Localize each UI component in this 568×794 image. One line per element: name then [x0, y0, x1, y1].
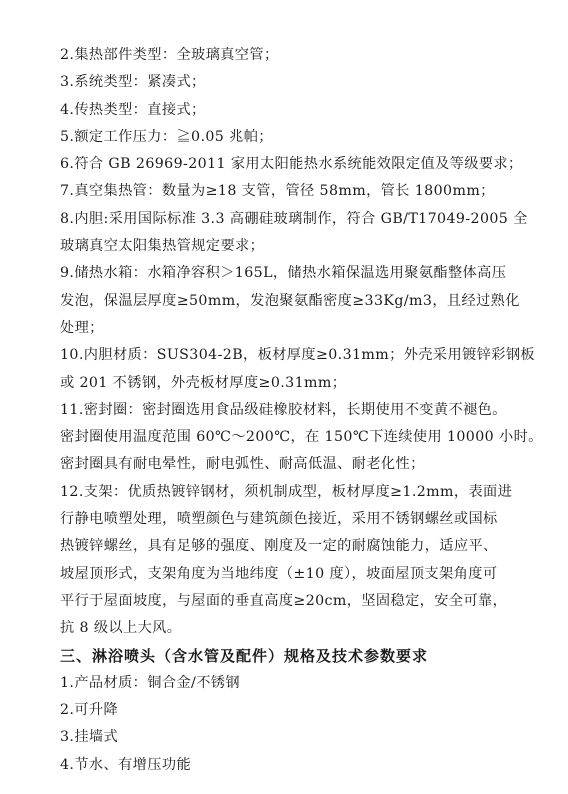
spec-item-storage-tank: 9.储热水箱：水箱净容积＞165L，储热水箱保温选用聚氨酯整体高压 [60, 260, 506, 287]
spec-item-seal-ring: 11.密封圈：密封圈选用食品级硅橡胶材料，长期使用不变黄不褪色。 [60, 397, 506, 424]
spec-item-inner-tube: 8.内胆:采用国际标准 3.3 高硼硅玻璃制作，符合 GB/T17049-200… [60, 206, 506, 233]
shower-item-wall-mount: 3.挂墙式 [60, 724, 506, 751]
section-heading: 三、淋浴喷头（含水管及配件）规格及技术参数要求 [60, 643, 506, 670]
spec-item-heat-transfer-type: 4.传热类型：直接式； [60, 97, 506, 124]
spec-item-working-pressure: 5.额定工作压力：≧0.05 兆帕； [60, 124, 506, 151]
spec-item-bracket-cont: 热镀锌螺丝，具有足够的强度、刚度及一定的耐腐蚀能力，适应平、 [60, 533, 506, 560]
spec-item-bracket-cont: 平行于屋面坡度，与屋面的垂直高度≥20cm，坚固稳定，安全可靠， [60, 588, 506, 615]
spec-item-standard-compliance: 6.符合 GB 26969-2011 家用太阳能热水系统能效限定值及等级要求； [60, 151, 506, 178]
spec-item-bracket-cont: 行静电喷塑处理，喷塑颜色与建筑颜色接近，采用不锈钢螺丝或国标 [60, 506, 506, 533]
spec-item-storage-tank-cont: 处理； [60, 315, 506, 342]
spec-item-seal-ring-cont: 密封圈具有耐电晕性，耐电弧性、耐高低温、耐老化性； [60, 451, 506, 478]
spec-item-liner-material: 10.内胆材质：SUS304-2B，板材厚度≥0.31mm；外壳采用镀锌彩钢板 [60, 342, 506, 369]
spec-item-vacuum-tubes: 7.真空集热管：数量为≥18 支管，管径 58mm，管长 1800mm； [60, 178, 506, 205]
spec-item-liner-material-cont: 或 201 不锈钢，外壳板材厚度≥0.31mm； [60, 370, 506, 397]
spec-item-system-type: 3.系统类型：紧凑式； [60, 69, 506, 96]
spec-item-seal-ring-cont: 密封圈使用温度范围 60℃～200℃，在 150℃下连续使用 10000 小时。 [60, 424, 506, 451]
spec-item-collector-type: 2.集热部件类型：全玻璃真空管； [60, 42, 506, 69]
spec-item-bracket-cont: 坡屋顶形式，支架角度为当地纬度（±10 度），坡面屋顶支架角度可 [60, 561, 506, 588]
spec-item-inner-tube-cont: 玻璃真空太阳集热管规定要求； [60, 233, 506, 260]
shower-item-water-saving: 4.节水、有增压功能 [60, 752, 506, 779]
spec-item-bracket-cont: 抗 8 级以上大风。 [60, 615, 506, 642]
shower-item-material: 1.产品材质：铜合金/不锈钢 [60, 670, 506, 697]
shower-item-adjustable: 2.可升降 [60, 697, 506, 724]
document-page: 2.集热部件类型：全玻璃真空管； 3.系统类型：紧凑式； 4.传热类型：直接式；… [60, 42, 506, 779]
spec-item-storage-tank-cont: 发泡，保温层厚度≥50mm，发泡聚氨酯密度≥33Kg/m3，且经过熟化 [60, 288, 506, 315]
spec-item-bracket: 12.支架：优质热镀锌钢材，须机制成型，板材厚度≥1.2mm，表面进 [60, 479, 506, 506]
